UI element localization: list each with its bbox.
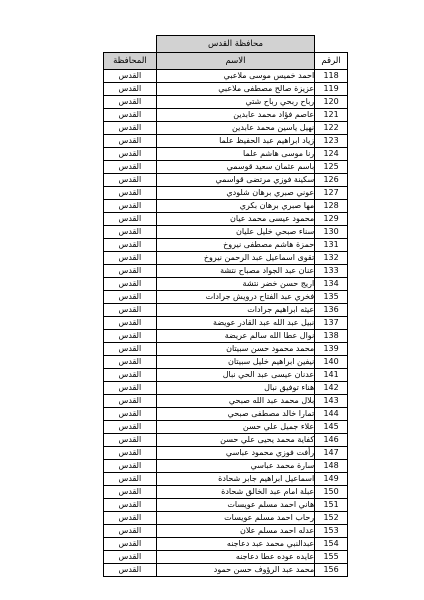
cell-governorate: القدس bbox=[104, 148, 157, 161]
cell-governorate: القدس bbox=[104, 226, 157, 239]
cell-name: عوني صبري برهان شلودي bbox=[156, 187, 314, 200]
table-row: 123 زياد ابراهيم عبد الحفيظ علما القدس bbox=[104, 135, 348, 148]
table-row: 126 سكينة فوزي مرتضى قواسمي القدس bbox=[104, 174, 348, 187]
cell-number: 139 bbox=[315, 343, 348, 356]
cell-name: اسماعيل ابراهيم جابر شحادة bbox=[156, 473, 314, 486]
cell-number: 121 bbox=[315, 109, 348, 122]
cell-number: 120 bbox=[315, 96, 348, 109]
table-row: 119 عزيزة صالح مصطفى ملاعبي القدس bbox=[104, 83, 348, 96]
cell-number: 123 bbox=[315, 135, 348, 148]
document-page: محافظة القدس الرقم الاسم المحافظة 118 اح… bbox=[0, 0, 424, 600]
cell-governorate: القدس bbox=[104, 434, 157, 447]
table-row: 138 نوال عطا الله سالم عريضة القدس bbox=[104, 330, 348, 343]
cell-governorate: القدس bbox=[104, 317, 157, 330]
table-row: 149 اسماعيل ابراهيم جابر شحادة القدس bbox=[104, 473, 348, 486]
table-row: 141 عدنان عيسى عبد الحي نبال القدس bbox=[104, 369, 348, 382]
cell-governorate: القدس bbox=[104, 473, 157, 486]
cell-number: 142 bbox=[315, 382, 348, 395]
cell-number: 137 bbox=[315, 317, 348, 330]
cell-number: 133 bbox=[315, 265, 348, 278]
cell-governorate: القدس bbox=[104, 239, 157, 252]
cell-number: 150 bbox=[315, 486, 348, 499]
table-row: 147 رأفت فوزي محمود عباسي القدس bbox=[104, 447, 348, 460]
cell-number: 146 bbox=[315, 434, 348, 447]
cell-governorate: القدس bbox=[104, 395, 157, 408]
cell-governorate: القدس bbox=[104, 564, 157, 577]
cell-governorate: القدس bbox=[104, 356, 157, 369]
cell-name: نبيل عبد الله عبد القادر عويضة bbox=[156, 317, 314, 330]
cell-governorate: القدس bbox=[104, 278, 157, 291]
table-row: 145 علاء جميل علي حسن القدس bbox=[104, 421, 348, 434]
cell-name: عدله احمد مسلم علان bbox=[156, 525, 314, 538]
cell-name: عدنان عيسى عبد الحي نبال bbox=[156, 369, 314, 382]
table-row: 120 رباح ربحي رباح شتي القدس bbox=[104, 96, 348, 109]
cell-number: 145 bbox=[315, 421, 348, 434]
cell-name: رباح ربحي رباح شتي bbox=[156, 96, 314, 109]
cell-governorate: القدس bbox=[104, 291, 157, 304]
cell-name: سناء صبحي خليل عليان bbox=[156, 226, 314, 239]
cell-number: 126 bbox=[315, 174, 348, 187]
cell-name: تمارا خالد مصطفى صبحي bbox=[156, 408, 314, 421]
cell-number: 143 bbox=[315, 395, 348, 408]
cell-number: 144 bbox=[315, 408, 348, 421]
cell-name: عيثه ابراهيم جرادات bbox=[156, 304, 314, 317]
table-row: 134 اريج حسن خضر نتشة القدس bbox=[104, 278, 348, 291]
cell-governorate: القدس bbox=[104, 499, 157, 512]
cell-name: رأفت فوزي محمود عباسي bbox=[156, 447, 314, 460]
table-row: 152 رحاب احمد مسلم عويسات القدس bbox=[104, 512, 348, 525]
cell-name: عاصم فؤاد محمد عابدين bbox=[156, 109, 314, 122]
table-row: 136 عيثه ابراهيم جرادات القدس bbox=[104, 304, 348, 317]
cell-name: اريج حسن خضر نتشة bbox=[156, 278, 314, 291]
cell-number: 128 bbox=[315, 200, 348, 213]
cell-name: سارة محمد عباسي bbox=[156, 460, 314, 473]
table-row: 125 باسم عثمان سعيد قوسمي القدس bbox=[104, 161, 348, 174]
table-row: 142 هناء توفيق نبال القدس bbox=[104, 382, 348, 395]
cell-governorate: القدس bbox=[104, 252, 157, 265]
cell-number: 134 bbox=[315, 278, 348, 291]
table-row: 131 حمزة هاشم مصطفى نيروخ القدس bbox=[104, 239, 348, 252]
cell-name: فخري عبد الفتاح درويش جرادات bbox=[156, 291, 314, 304]
cell-governorate: القدس bbox=[104, 408, 157, 421]
table-row: 151 هاني احمد مسلم عويسات القدس bbox=[104, 499, 348, 512]
cell-number: 118 bbox=[315, 70, 348, 83]
cell-name: عبدالنبي محمد عبد دعاجنه bbox=[156, 538, 314, 551]
table-row: 118 احمد خميس موسى ملاعبي القدس bbox=[104, 70, 348, 83]
cell-name: بلال محمد عبد الله صبحي bbox=[156, 395, 314, 408]
cell-name: عايده عوده عطا دعاجنه bbox=[156, 551, 314, 564]
cell-governorate: القدس bbox=[104, 369, 157, 382]
cell-name: باسم عثمان سعيد قوسمي bbox=[156, 161, 314, 174]
cell-governorate: القدس bbox=[104, 213, 157, 226]
cell-name: عزيزة صالح مصطفى ملاعبي bbox=[156, 83, 314, 96]
cell-name: حمزة هاشم مصطفى نيروخ bbox=[156, 239, 314, 252]
cell-name: نهيل ياسين محمد عابدين bbox=[156, 122, 314, 135]
cell-name: مها صبري برهان بكري bbox=[156, 200, 314, 213]
cell-governorate: القدس bbox=[104, 460, 157, 473]
cell-governorate: القدس bbox=[104, 551, 157, 564]
cell-name: هناء توفيق نبال bbox=[156, 382, 314, 395]
cell-name: محمد محمود حسن سبيتان bbox=[156, 343, 314, 356]
cell-governorate: القدس bbox=[104, 83, 157, 96]
cell-governorate: القدس bbox=[104, 70, 157, 83]
cell-name: سكينة فوزي مرتضى قواسمي bbox=[156, 174, 314, 187]
cell-number: 138 bbox=[315, 330, 348, 343]
cell-name: زياد ابراهيم عبد الحفيظ علما bbox=[156, 135, 314, 148]
cell-governorate: القدس bbox=[104, 161, 157, 174]
cell-governorate: القدس bbox=[104, 96, 157, 109]
cell-number: 129 bbox=[315, 213, 348, 226]
cell-number: 151 bbox=[315, 499, 348, 512]
cell-governorate: القدس bbox=[104, 538, 157, 551]
table-row: 137 نبيل عبد الله عبد القادر عويضة القدس bbox=[104, 317, 348, 330]
cell-number: 154 bbox=[315, 538, 348, 551]
table-title: محافظة القدس bbox=[156, 35, 315, 52]
header-row: الرقم الاسم المحافظة bbox=[104, 53, 348, 70]
table-row: 146 كفاية محمد يحيى علي حسن القدس bbox=[104, 434, 348, 447]
table-row: 150 عبلة امام عبد الخالق شحادة القدس bbox=[104, 486, 348, 499]
cell-governorate: القدس bbox=[104, 265, 157, 278]
cell-governorate: القدس bbox=[104, 382, 157, 395]
cell-name: تقوى اسماعيل عبد الرحمن نيروخ bbox=[156, 252, 314, 265]
cell-name: محمد عبد الرؤوف حسن حمود bbox=[156, 564, 314, 577]
table-row: 121 عاصم فؤاد محمد عابدين القدس bbox=[104, 109, 348, 122]
cell-name: احمد خميس موسى ملاعبي bbox=[156, 70, 314, 83]
cell-governorate: القدس bbox=[104, 512, 157, 525]
table-row: 153 عدله احمد مسلم علان القدس bbox=[104, 525, 348, 538]
table-row: 156 محمد عبد الرؤوف حسن حمود القدس bbox=[104, 564, 348, 577]
table-row: 135 فخري عبد الفتاح درويش جرادات القدس bbox=[104, 291, 348, 304]
table-row: 122 نهيل ياسين محمد عابدين القدس bbox=[104, 122, 348, 135]
cell-governorate: القدس bbox=[104, 525, 157, 538]
cell-governorate: القدس bbox=[104, 187, 157, 200]
cell-name: عبلة امام عبد الخالق شحادة bbox=[156, 486, 314, 499]
cell-governorate: القدس bbox=[104, 109, 157, 122]
cell-number: 149 bbox=[315, 473, 348, 486]
cell-number: 131 bbox=[315, 239, 348, 252]
cell-number: 140 bbox=[315, 356, 348, 369]
cell-governorate: القدس bbox=[104, 447, 157, 460]
cell-name: محمود عيسى محمد عيان bbox=[156, 213, 314, 226]
cell-number: 127 bbox=[315, 187, 348, 200]
cell-governorate: القدس bbox=[104, 200, 157, 213]
cell-governorate: القدس bbox=[104, 486, 157, 499]
cell-number: 152 bbox=[315, 512, 348, 525]
cell-governorate: القدس bbox=[104, 122, 157, 135]
cell-governorate: القدس bbox=[104, 330, 157, 343]
cell-number: 156 bbox=[315, 564, 348, 577]
cell-governorate: القدس bbox=[104, 135, 157, 148]
table-row: 139 محمد محمود حسن سبيتان القدس bbox=[104, 343, 348, 356]
column-header-governorate: المحافظة bbox=[104, 53, 157, 70]
cell-name: هاني احمد مسلم عويسات bbox=[156, 499, 314, 512]
table-body: 118 احمد خميس موسى ملاعبي القدس 119 عزيز… bbox=[104, 70, 348, 577]
cell-name: رحاب احمد مسلم عويسات bbox=[156, 512, 314, 525]
table-row: 143 بلال محمد عبد الله صبحي القدس bbox=[104, 395, 348, 408]
table-row: 140 نيفين ابراهيم خليل سبيتان القدس bbox=[104, 356, 348, 369]
cell-name: كفاية محمد يحيى علي حسن bbox=[156, 434, 314, 447]
table-row: 128 مها صبري برهان بكري القدس bbox=[104, 200, 348, 213]
cell-number: 122 bbox=[315, 122, 348, 135]
residents-table: الرقم الاسم المحافظة 118 احمد خميس موسى … bbox=[103, 52, 348, 577]
table-row: 132 تقوى اسماعيل عبد الرحمن نيروخ القدس bbox=[104, 252, 348, 265]
cell-governorate: القدس bbox=[104, 304, 157, 317]
table-row: 155 عايده عوده عطا دعاجنه القدس bbox=[104, 551, 348, 564]
table-row: 129 محمود عيسى محمد عيان القدس bbox=[104, 213, 348, 226]
cell-governorate: القدس bbox=[104, 174, 157, 187]
table-row: 144 تمارا خالد مصطفى صبحي القدس bbox=[104, 408, 348, 421]
column-header-number: الرقم bbox=[315, 53, 348, 70]
table-row: 127 عوني صبري برهان شلودي القدس bbox=[104, 187, 348, 200]
residents-table-wrapper: محافظة القدس الرقم الاسم المحافظة 118 اح… bbox=[103, 35, 348, 577]
cell-number: 147 bbox=[315, 447, 348, 460]
cell-number: 135 bbox=[315, 291, 348, 304]
table-row: 130 سناء صبحي خليل عليان القدس bbox=[104, 226, 348, 239]
cell-number: 141 bbox=[315, 369, 348, 382]
table-row: 124 رنا موسى هاشم علما القدس bbox=[104, 148, 348, 161]
table-row: 148 سارة محمد عباسي القدس bbox=[104, 460, 348, 473]
cell-number: 125 bbox=[315, 161, 348, 174]
table-row: 154 عبدالنبي محمد عبد دعاجنه القدس bbox=[104, 538, 348, 551]
cell-number: 119 bbox=[315, 83, 348, 96]
cell-number: 153 bbox=[315, 525, 348, 538]
cell-name: نوال عطا الله سالم عريضة bbox=[156, 330, 314, 343]
cell-governorate: القدس bbox=[104, 343, 157, 356]
cell-number: 130 bbox=[315, 226, 348, 239]
cell-number: 155 bbox=[315, 551, 348, 564]
table-row: 133 عنان عبد الجواد مصباح نتشة القدس bbox=[104, 265, 348, 278]
cell-name: عنان عبد الجواد مصباح نتشة bbox=[156, 265, 314, 278]
cell-number: 124 bbox=[315, 148, 348, 161]
cell-governorate: القدس bbox=[104, 421, 157, 434]
cell-name: نيفين ابراهيم خليل سبيتان bbox=[156, 356, 314, 369]
cell-number: 148 bbox=[315, 460, 348, 473]
cell-name: علاء جميل علي حسن bbox=[156, 421, 314, 434]
cell-number: 136 bbox=[315, 304, 348, 317]
cell-number: 132 bbox=[315, 252, 348, 265]
column-header-name: الاسم bbox=[156, 53, 314, 70]
cell-name: رنا موسى هاشم علما bbox=[156, 148, 314, 161]
